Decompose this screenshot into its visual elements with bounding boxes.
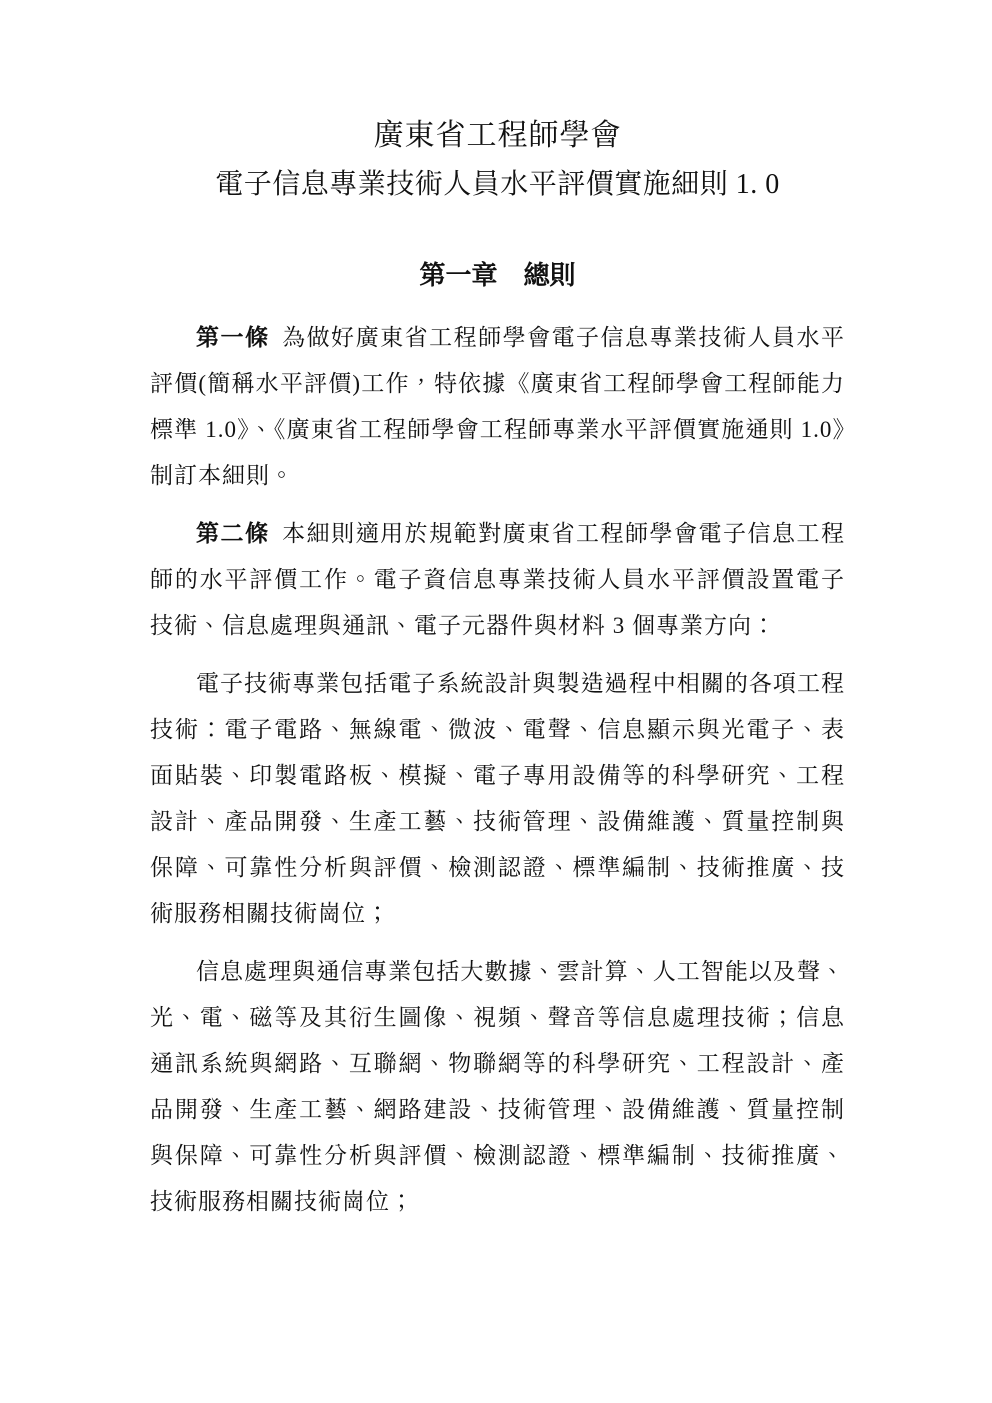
article-1-number-label: 第一條 — [196, 325, 269, 350]
chapter-heading: 第一章總則 — [150, 259, 845, 293]
paragraph-article-1: 第一條為做好廣東省工程師學會電子信息專業技術人員水平評價(簡稱水平評價)工作，特… — [150, 315, 845, 499]
document-title: 廣東省工程師學會 — [150, 116, 845, 156]
chapter-name: 總則 — [524, 261, 576, 290]
article-2-number-label: 第二條 — [196, 521, 269, 546]
paragraph-article-2: 第二條本細則適用於規範對廣東省工程師學會電子信息工程師的水平評價工作。電子資信息… — [150, 511, 845, 649]
paragraph-3-text: 電子技術專業包括電子系統設計與製造過程中相關的各項工程技術：電子電路、無線電、微… — [150, 671, 845, 926]
paragraph-electronic-technology: 電子技術專業包括電子系統設計與製造過程中相關的各項工程技術：電子電路、無線電、微… — [150, 661, 845, 937]
paragraph-information-processing: 信息處理與通信專業包括大數據、雲計算、人工智能以及聲、光、電、磁等及其衍生圖像、… — [150, 949, 845, 1225]
document-page: 廣東省工程師學會 電子信息專業技術人員水平評價實施細則 1. 0 第一章總則 第… — [0, 0, 992, 1403]
paragraph-4-text: 信息處理與通信專業包括大數據、雲計算、人工智能以及聲、光、電、磁等及其衍生圖像、… — [150, 959, 845, 1214]
chapter-number: 第一章 — [419, 261, 497, 290]
document-subtitle: 電子信息專業技術人員水平評價實施細則 1. 0 — [150, 165, 845, 205]
